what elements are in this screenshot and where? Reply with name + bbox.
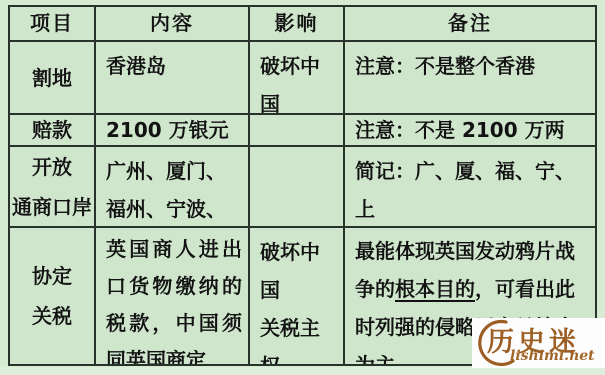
header-note: 备注 [345,7,595,42]
cell-indemnity-note: 注意：不是 2100 万两 [345,115,595,147]
cell-tariff-impact: 破坏中国 关税主权 [250,228,345,364]
cell-treaty-ports-impact [250,147,345,228]
treaty-terms-table: 项目 内容 影响 备注 割地 香港岛 破坏中国 领土主权 注意：不是整个香港 赔… [8,5,597,366]
cell-treaty-ports-item: 开放 通商口岸 [10,147,96,228]
watermark-site-text: lishimi.net [510,348,595,364]
cell-treaty-ports-note: 简记：广、厦、福、宁、上 [345,147,595,228]
cell-cede-territory-note: 注意：不是整个香港 [345,42,595,115]
tariff-note-underline-fundamental-goal: 根本目的 [395,277,475,301]
header-item: 项目 [10,7,96,42]
cell-treaty-ports-content: 广州、厦门、福州、宁波、上海 [96,147,250,228]
cell-indemnity-item: 赔款 [10,115,96,147]
cell-cede-territory-impact: 破坏中国 领土主权 [250,42,345,115]
cell-cede-territory-content: 香港岛 [96,42,250,115]
cell-indemnity-content: 2100 万银元 [96,115,250,147]
header-content: 内容 [96,7,250,42]
bottom-margin-strip [0,367,605,375]
cell-tariff-content: 英国商人进出口货物缴纳的税款，中国须同英国商定 [96,228,250,364]
cell-cede-territory-item: 割地 [10,42,96,115]
cell-tariff-item: 协定 关税 [10,228,96,364]
watermark: 历史迷 lishimi.net [472,318,605,368]
cell-indemnity-impact [250,115,345,147]
header-impact: 影响 [250,7,345,42]
